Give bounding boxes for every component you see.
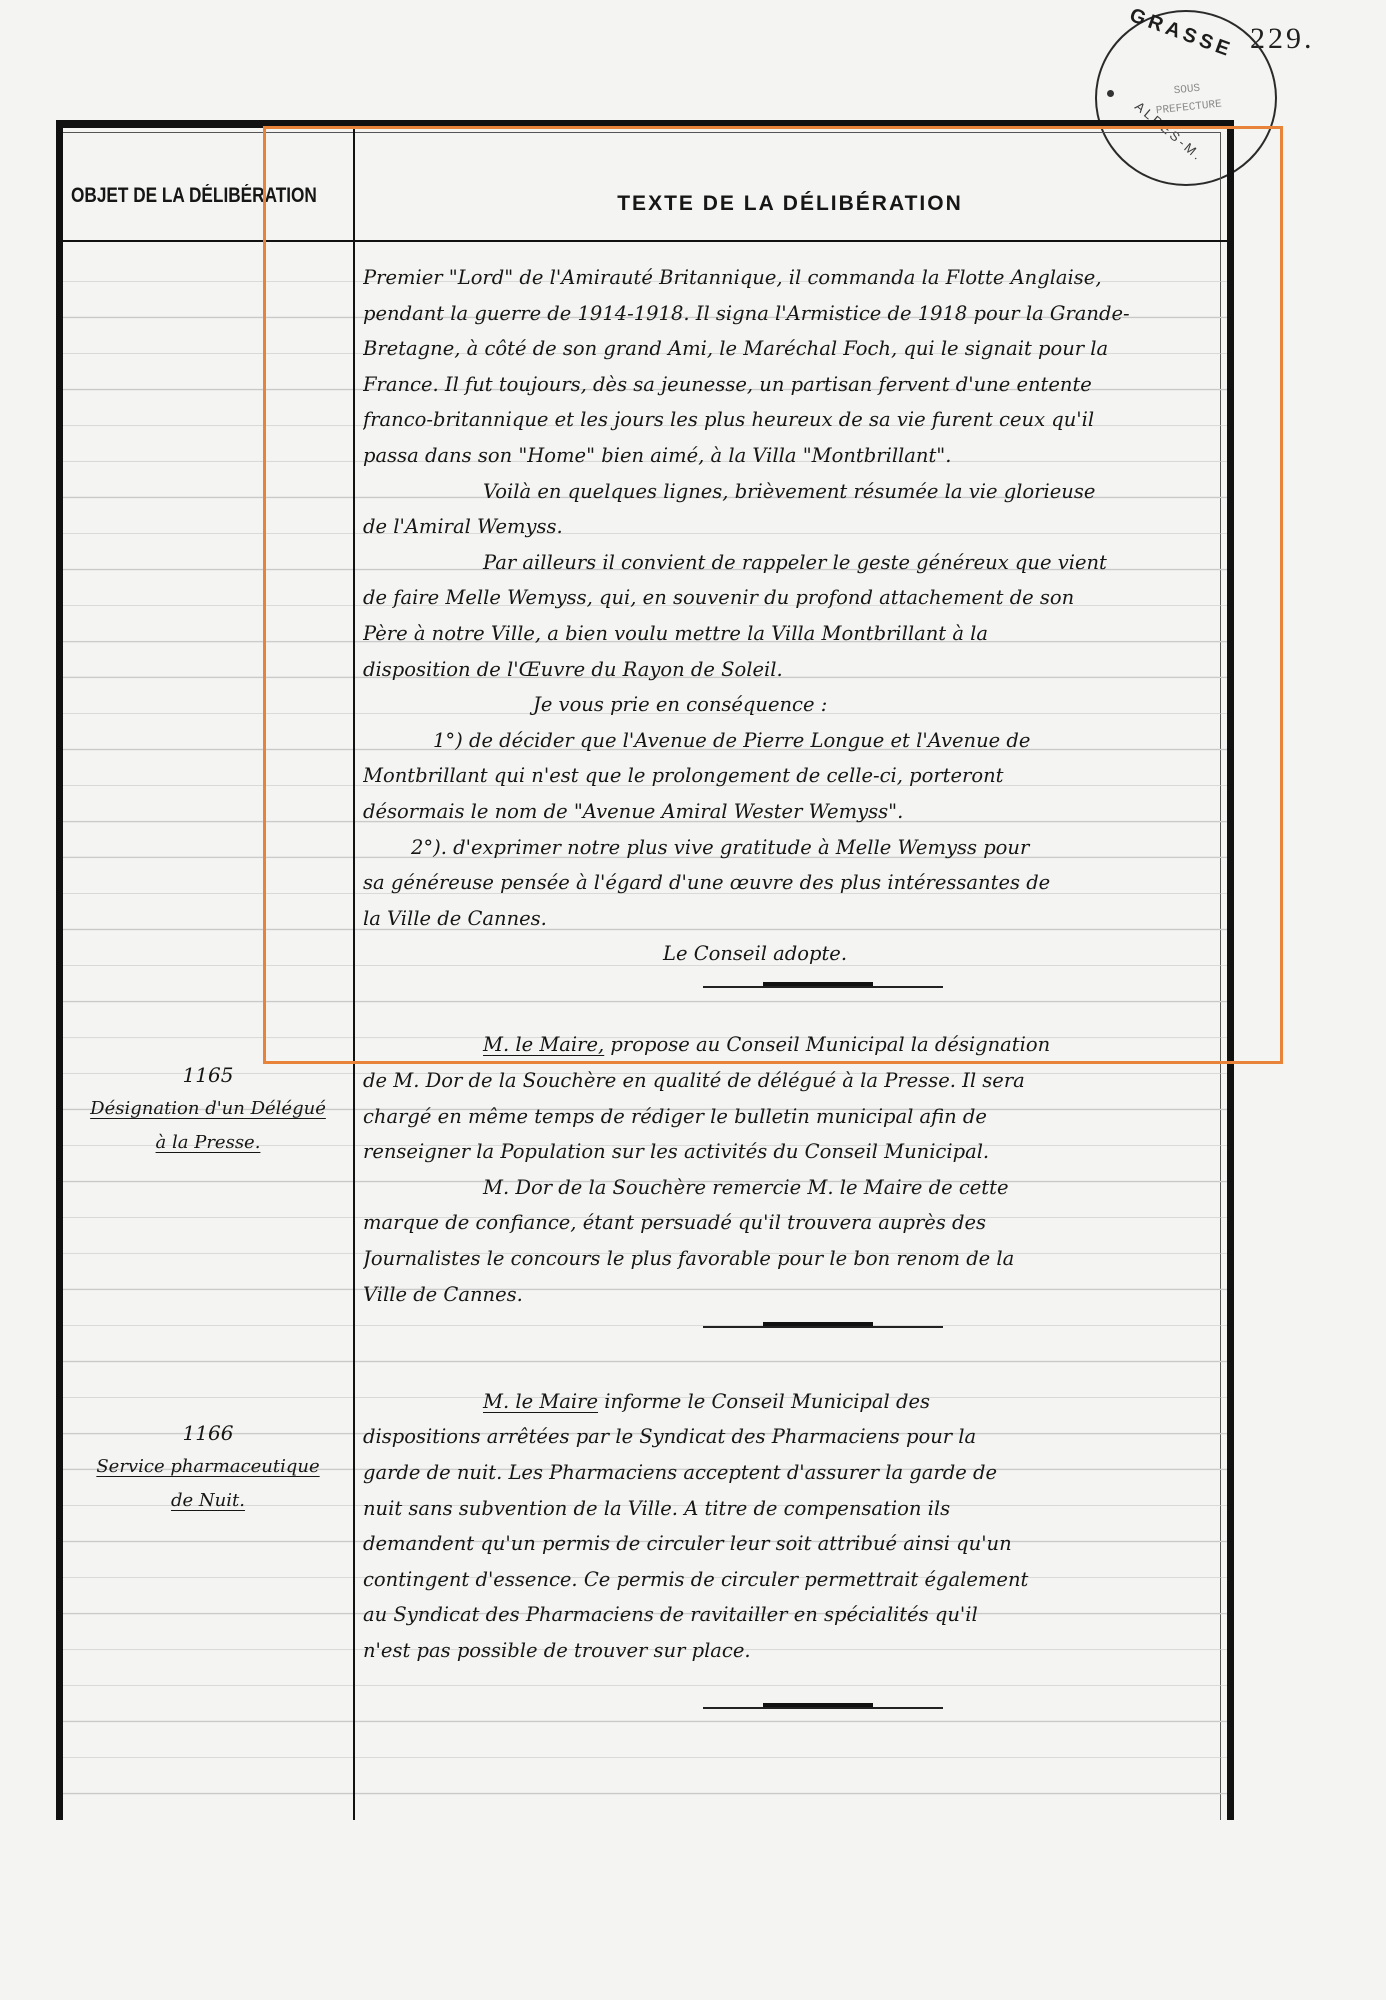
object-title-line: Désignation d'un Délégué <box>63 1092 353 1126</box>
text-line: de l'Amiral Wemyss. <box>363 509 1225 545</box>
lead-speaker: M. le Maire, <box>483 1033 604 1056</box>
column-divider <box>353 128 355 1820</box>
text-line: disposition de l'Œuvre du Rayon de Solei… <box>363 652 1225 688</box>
text-line: la Ville de Cannes. <box>363 901 1225 937</box>
section-separator <box>363 1312 1225 1348</box>
stamp-dot-icon <box>1107 90 1114 97</box>
text-line: Montbrillant qui n'est que le prolongeme… <box>363 758 1225 794</box>
text-line: 2°). d'exprimer notre plus vive gratitud… <box>363 830 1225 866</box>
header-text: TEXTE DE LA DÉLIBÉRATION <box>353 192 1227 216</box>
text-line: Ville de Cannes. <box>363 1277 1225 1313</box>
text-line: Premier "Lord" de l'Amirauté Britannique… <box>363 260 1225 296</box>
text-line: de M. Dor de la Souchère en qualité de d… <box>363 1063 1225 1099</box>
stamp-top-text: GRASSE <box>1126 4 1236 63</box>
section-separator <box>363 1693 1225 1729</box>
object-title-line: de Nuit. <box>63 1484 353 1518</box>
text-line: nuit sans subvention de la Ville. A titr… <box>363 1491 1225 1527</box>
text-line: Je vous prie en conséquence : <box>363 687 1225 723</box>
text-line: sa généreuse pensée à l'égard d'une œuvr… <box>363 865 1225 901</box>
object-title-line: Service pharmaceutique <box>63 1450 353 1484</box>
text-line: France. Il fut toujours, dès sa jeunesse… <box>363 367 1225 403</box>
text-line: demandent qu'un permis de circuler leur … <box>363 1526 1225 1562</box>
object-entry-1165: 1165 Désignation d'un Délégué à la Press… <box>63 1058 353 1160</box>
object-entry-1166: 1166 Service pharmaceutique de Nuit. <box>63 1416 353 1518</box>
header-rule <box>63 240 1227 242</box>
text-line: passa dans son "Home" bien aimé, à la Vi… <box>363 438 1225 474</box>
text-line: n'est pas possible de trouver sur place. <box>363 1633 1225 1669</box>
deliberation-number: 1166 <box>63 1416 353 1450</box>
lead-speaker: M. le Maire <box>483 1390 598 1413</box>
text-line: de faire Melle Wemyss, qui, en souvenir … <box>363 580 1225 616</box>
text-line: dispositions arrêtées par le Syndicat de… <box>363 1419 1225 1455</box>
text-line: M. Dor de la Souchère remercie M. le Mai… <box>363 1170 1225 1206</box>
text-fragment: propose au Conseil Municipal la désignat… <box>604 1033 1050 1056</box>
text-line: garde de nuit. Les Pharmaciens acceptent… <box>363 1455 1225 1491</box>
text-line: franco-britannique et les jours les plus… <box>363 402 1225 438</box>
text-line: Bretagne, à côté de son grand Ami, le Ma… <box>363 331 1225 367</box>
text-line: pendant la guerre de 1914-1918. Il signa… <box>363 296 1225 332</box>
stamp-middle-text: SOUS PREFECTURE <box>1153 79 1222 121</box>
text-fragment: informe le Conseil Municipal des <box>598 1390 930 1413</box>
deliberation-number: 1165 <box>63 1058 353 1092</box>
text-line: Voilà en quelques lignes, brièvement rés… <box>363 474 1225 510</box>
register-frame: OBJET DE LA DÉLIBÉRATION TEXTE DE LA DÉL… <box>56 120 1234 1820</box>
text-line: Par ailleurs il convient de rappeler le … <box>363 545 1225 581</box>
text-line: 1°) de décider que l'Avenue de Pierre Lo… <box>363 723 1225 759</box>
deliberation-text: Premier "Lord" de l'Amirauté Britannique… <box>363 260 1225 1728</box>
text-line: M. le Maire, propose au Conseil Municipa… <box>363 1027 1225 1063</box>
header-object: OBJET DE LA DÉLIBÉRATION <box>71 184 301 208</box>
text-line: marque de confiance, étant persuadé qu'i… <box>363 1205 1225 1241</box>
text-line: désormais le nom de "Avenue Amiral Weste… <box>363 794 1225 830</box>
section-separator <box>363 972 1225 1008</box>
text-line: chargé en même temps de rédiger le bulle… <box>363 1099 1225 1135</box>
text-line: Père à notre Ville, a bien voulu mettre … <box>363 616 1225 652</box>
text-line: M. le Maire informe le Conseil Municipal… <box>363 1384 1225 1420</box>
adoption-line: Le Conseil adopte. <box>363 936 1225 972</box>
text-line: contingent d'essence. Ce permis de circu… <box>363 1562 1225 1598</box>
text-line: au Syndicat des Pharmaciens de ravitaill… <box>363 1597 1225 1633</box>
text-line: renseigner la Population sur les activit… <box>363 1134 1225 1170</box>
text-line: Journalistes le concours le plus favorab… <box>363 1241 1225 1277</box>
object-title-line: à la Presse. <box>63 1126 353 1160</box>
